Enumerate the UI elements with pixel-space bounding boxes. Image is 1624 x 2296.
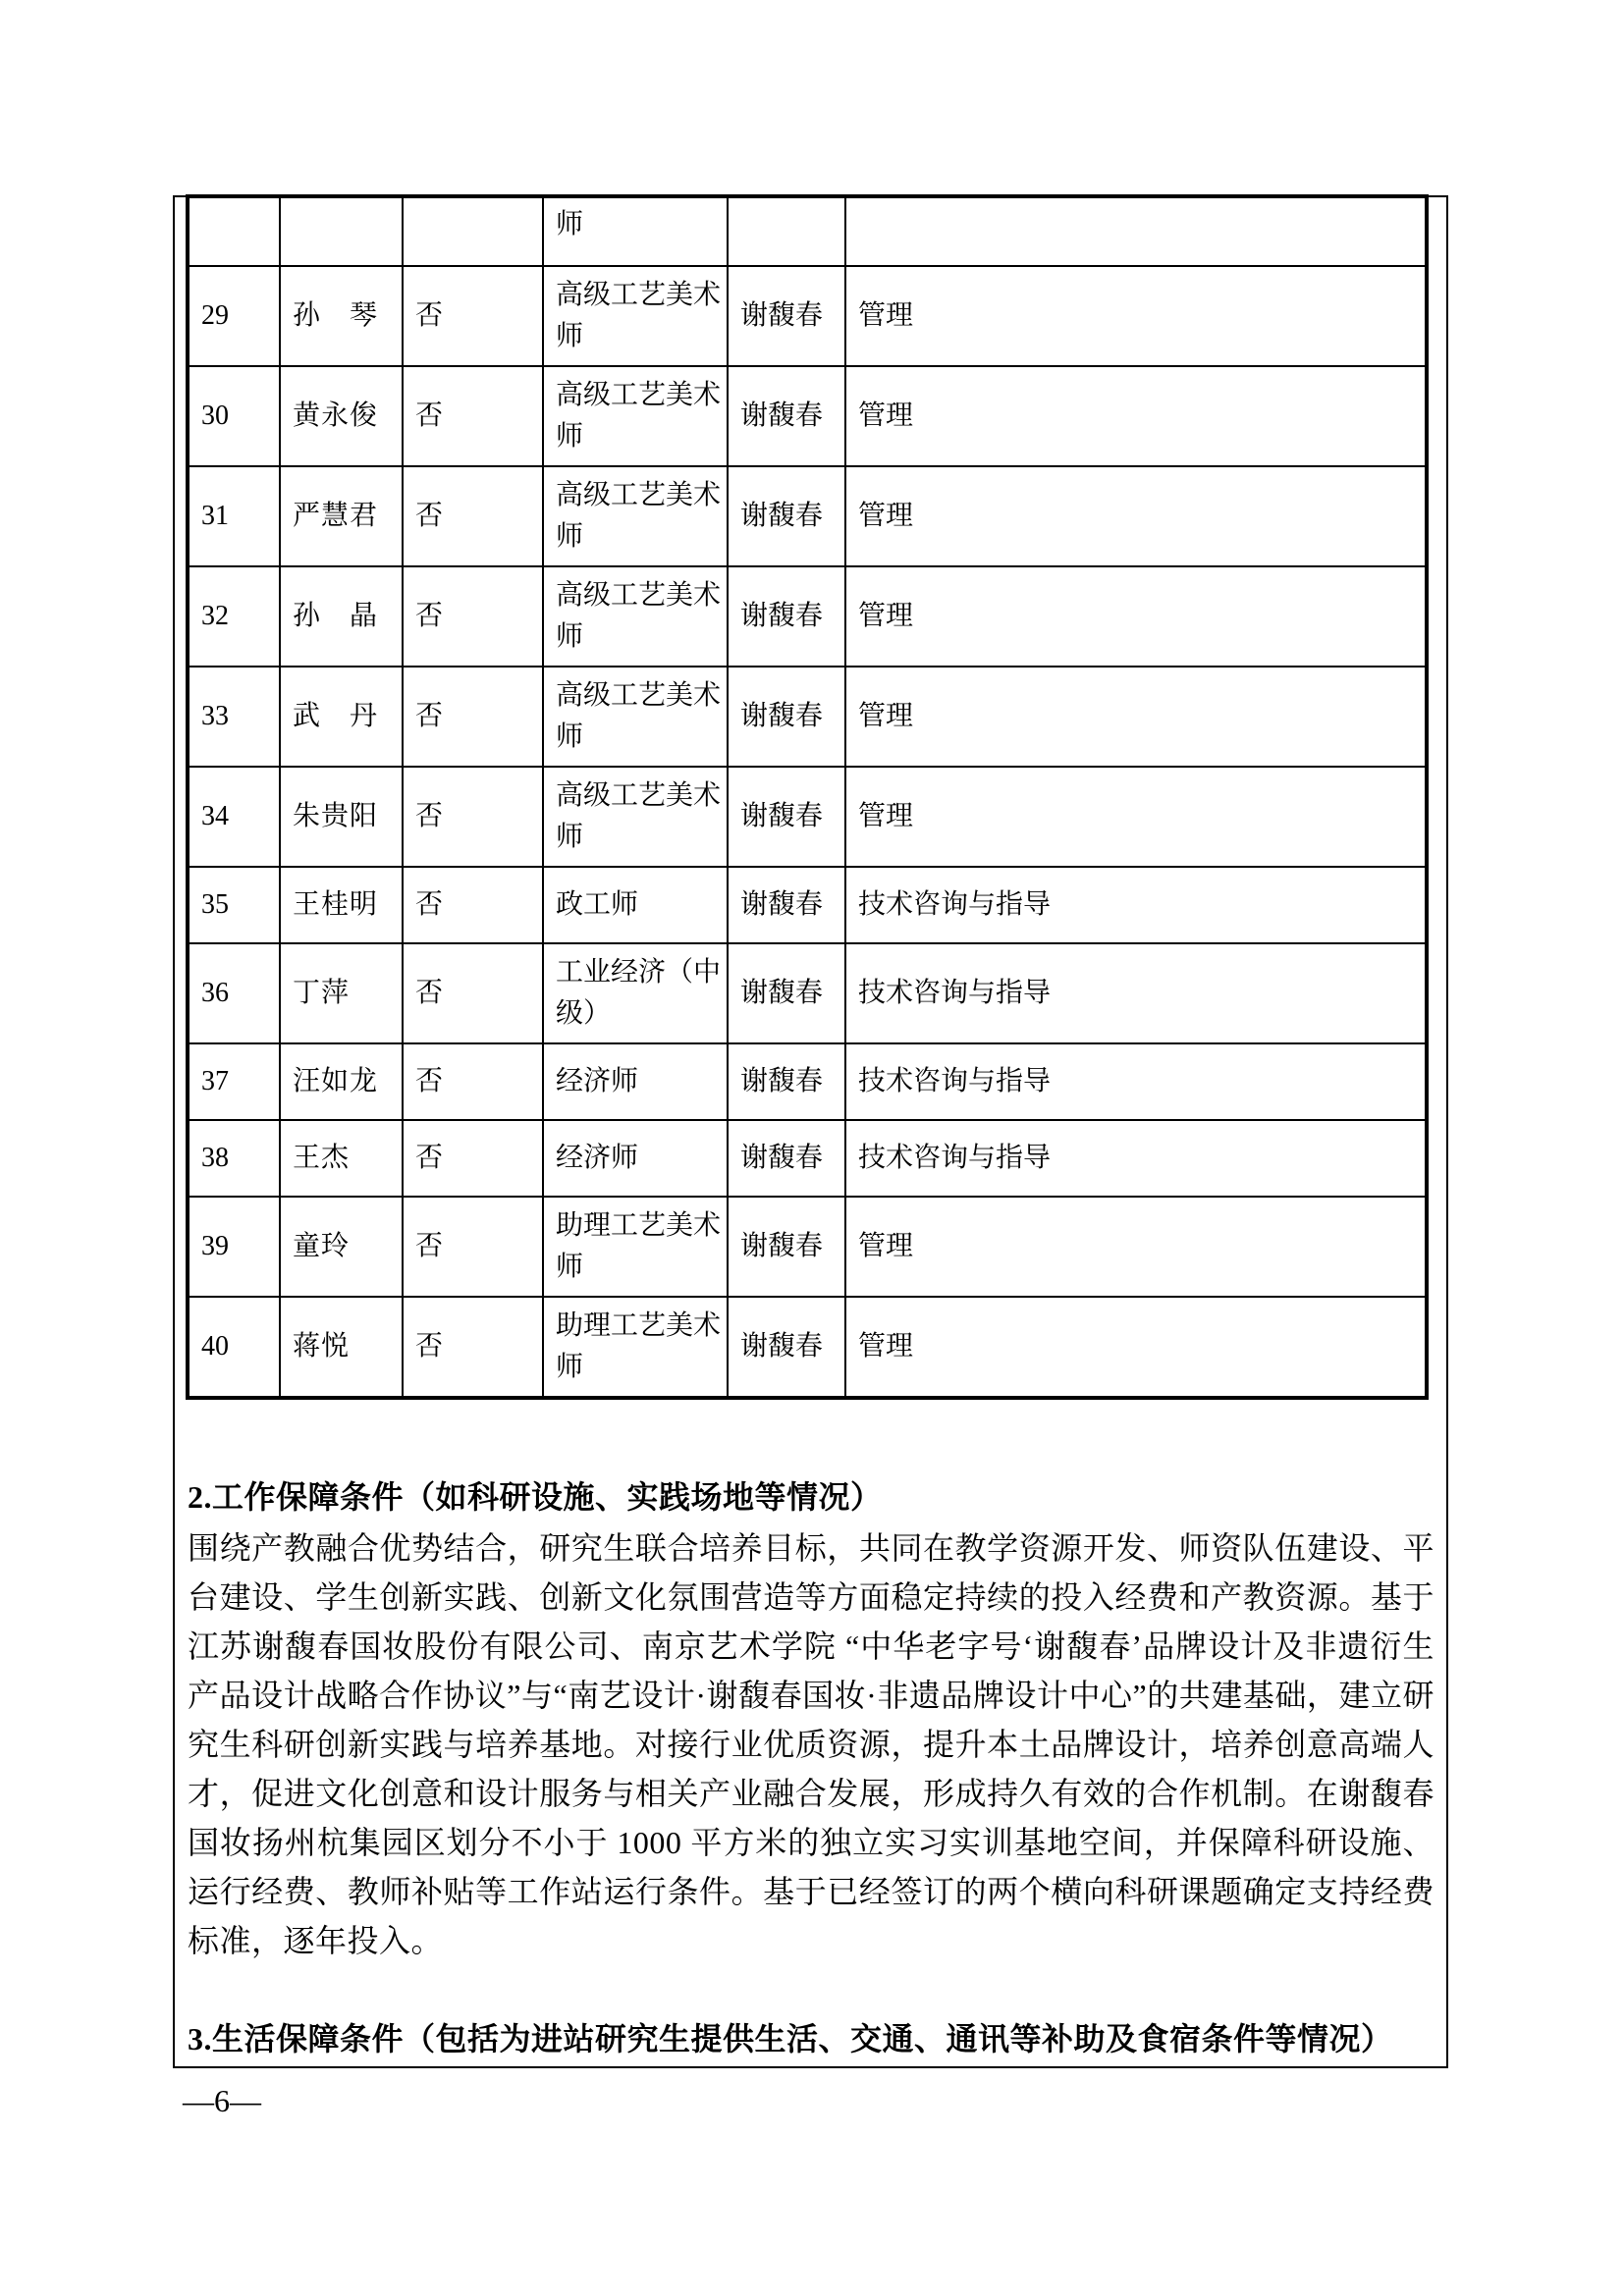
cell-title: 助理工艺美术师 <box>543 1297 728 1398</box>
cell-no <box>188 196 280 266</box>
cell-returnee: 否 <box>403 767 543 867</box>
page-number: —6— <box>183 2083 261 2118</box>
cell-org: 谢馥春 <box>728 366 845 466</box>
cell-name: 童玲 <box>280 1197 403 1297</box>
cell-no: 36 <box>188 943 280 1043</box>
cell-role: 技术咨询与指导 <box>845 943 1427 1043</box>
cell-role: 管理 <box>845 1297 1427 1398</box>
personnel-table: 师 29 孙 琴 否 高级工艺美术师 谢馥春 管理 30 黄永俊 否 高级工艺美… <box>186 194 1429 1400</box>
cell-no: 35 <box>188 867 280 943</box>
cell-returnee: 否 <box>403 867 543 943</box>
cell-org: 谢馥春 <box>728 943 845 1043</box>
cell-returnee: 否 <box>403 1197 543 1297</box>
cell-role: 技术咨询与指导 <box>845 1120 1427 1197</box>
cell-name: 王杰 <box>280 1120 403 1197</box>
cell-name: 汪如龙 <box>280 1043 403 1120</box>
cell-returnee: 否 <box>403 466 543 566</box>
cell-title: 经济师 <box>543 1120 728 1197</box>
table-row: 37 汪如龙 否 经济师 谢馥春 技术咨询与指导 <box>188 1043 1427 1120</box>
cell-no: 37 <box>188 1043 280 1120</box>
cell-name: 孙 琴 <box>280 266 403 366</box>
cell-title: 经济师 <box>543 1043 728 1120</box>
cell-returnee <box>403 196 543 266</box>
cell-name: 严慧君 <box>280 466 403 566</box>
table-row: 30 黄永俊 否 高级工艺美术师 谢馥春 管理 <box>188 366 1427 466</box>
cell-no: 30 <box>188 366 280 466</box>
table-row: 38 王杰 否 经济师 谢馥春 技术咨询与指导 <box>188 1120 1427 1197</box>
cell-org: 谢馥春 <box>728 767 845 867</box>
cell-no: 39 <box>188 1197 280 1297</box>
cell-name: 孙 晶 <box>280 566 403 667</box>
cell-org: 谢馥春 <box>728 266 845 366</box>
section-3-title: 3.生活保障条件（包括为进站研究生提供生活、交通、通讯等补助及食宿条件等情况） <box>188 2020 1438 2057</box>
cell-org: 谢馥春 <box>728 1197 845 1297</box>
cell-role: 管理 <box>845 466 1427 566</box>
cell-role <box>845 196 1427 266</box>
cell-no: 32 <box>188 566 280 667</box>
cell-title: 高级工艺美术师 <box>543 566 728 667</box>
cell-role: 技术咨询与指导 <box>845 867 1427 943</box>
cell-org: 谢馥春 <box>728 566 845 667</box>
table-row: 39 童玲 否 助理工艺美术师 谢馥春 管理 <box>188 1197 1427 1297</box>
section-2-body: 围绕产教融合优势结合，研究生联合培养目标，共同在教学资源开发、师资队伍建设、平台… <box>188 1523 1435 1965</box>
cell-returnee: 否 <box>403 943 543 1043</box>
cell-title: 师 <box>543 196 728 266</box>
cell-role: 管理 <box>845 1197 1427 1297</box>
cell-org: 谢馥春 <box>728 466 845 566</box>
table-row: 40 蒋悦 否 助理工艺美术师 谢馥春 管理 <box>188 1297 1427 1398</box>
cell-no: 29 <box>188 266 280 366</box>
table-row: 36 丁萍 否 工业经济（中级） 谢馥春 技术咨询与指导 <box>188 943 1427 1043</box>
cell-name: 蒋悦 <box>280 1297 403 1398</box>
cell-title: 工业经济（中级） <box>543 943 728 1043</box>
cell-role: 技术咨询与指导 <box>845 1043 1427 1120</box>
cell-org: 谢馥春 <box>728 667 845 767</box>
cell-no: 31 <box>188 466 280 566</box>
cell-returnee: 否 <box>403 1120 543 1197</box>
table-row: 35 王桂明 否 政工师 谢馥春 技术咨询与指导 <box>188 867 1427 943</box>
cell-role: 管理 <box>845 767 1427 867</box>
table-row: 31 严慧君 否 高级工艺美术师 谢馥春 管理 <box>188 466 1427 566</box>
cell-no: 38 <box>188 1120 280 1197</box>
cell-title: 高级工艺美术师 <box>543 266 728 366</box>
cell-role: 管理 <box>845 667 1427 767</box>
cell-org <box>728 196 845 266</box>
table-row: 32 孙 晶 否 高级工艺美术师 谢馥春 管理 <box>188 566 1427 667</box>
cell-no: 33 <box>188 667 280 767</box>
cell-role: 管理 <box>845 266 1427 366</box>
cell-name: 黄永俊 <box>280 366 403 466</box>
cell-title: 高级工艺美术师 <box>543 366 728 466</box>
cell-returnee: 否 <box>403 667 543 767</box>
cell-org: 谢馥春 <box>728 867 845 943</box>
cell-returnee: 否 <box>403 1043 543 1120</box>
cell-name: 王桂明 <box>280 867 403 943</box>
cell-org: 谢馥春 <box>728 1120 845 1197</box>
cell-title: 高级工艺美术师 <box>543 767 728 867</box>
cell-org: 谢馥春 <box>728 1043 845 1120</box>
cell-title: 高级工艺美术师 <box>543 466 728 566</box>
cell-no: 40 <box>188 1297 280 1398</box>
cell-no: 34 <box>188 767 280 867</box>
cell-returnee: 否 <box>403 266 543 366</box>
cell-role: 管理 <box>845 566 1427 667</box>
cell-returnee: 否 <box>403 366 543 466</box>
table-row: 师 <box>188 196 1427 266</box>
cell-title: 助理工艺美术师 <box>543 1197 728 1297</box>
table-row: 33 武 丹 否 高级工艺美术师 谢馥春 管理 <box>188 667 1427 767</box>
cell-name <box>280 196 403 266</box>
cell-title: 政工师 <box>543 867 728 943</box>
section-2-title: 2.工作保障条件（如科研设施、实践场地等情况） <box>188 1478 883 1516</box>
cell-title: 高级工艺美术师 <box>543 667 728 767</box>
cell-name: 武 丹 <box>280 667 403 767</box>
table-row: 29 孙 琴 否 高级工艺美术师 谢馥春 管理 <box>188 266 1427 366</box>
cell-returnee: 否 <box>403 1297 543 1398</box>
cell-name: 朱贵阳 <box>280 767 403 867</box>
cell-returnee: 否 <box>403 566 543 667</box>
cell-org: 谢馥春 <box>728 1297 845 1398</box>
table-row: 34 朱贵阳 否 高级工艺美术师 谢馥春 管理 <box>188 767 1427 867</box>
cell-name: 丁萍 <box>280 943 403 1043</box>
cell-role: 管理 <box>845 366 1427 466</box>
